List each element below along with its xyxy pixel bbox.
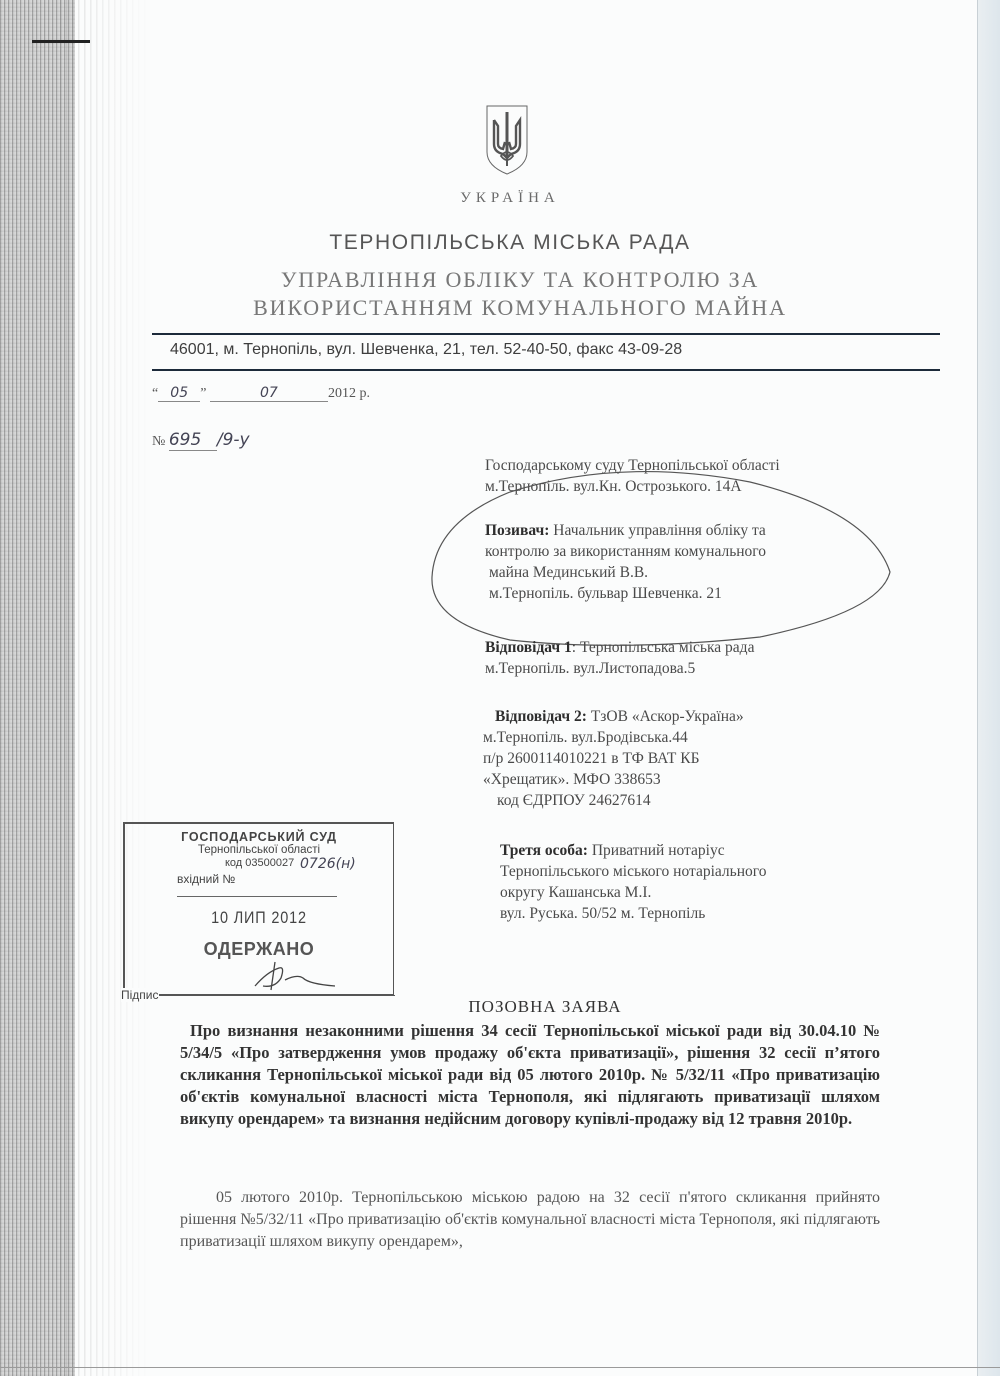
- party-third: Третя особа: Приватний нотаріус Тернопіл…: [500, 840, 766, 924]
- letterhead-address: 46001, м. Тернопіль, вул. Шевченка, 21, …: [170, 341, 930, 359]
- page-bottom-edge: [0, 1367, 1000, 1368]
- defendant2-label: Відповідач 2:: [495, 708, 587, 725]
- outgoing-day: 05: [158, 385, 200, 402]
- outgoing-number-value: 695: [169, 430, 217, 451]
- signature-icon: [245, 954, 345, 994]
- outgoing-number-suffix: /9-у: [217, 430, 250, 450]
- scan-artifact-mark: [32, 40, 90, 43]
- outgoing-number: № 695/9-у: [152, 430, 250, 451]
- document-body: 05 лютого 2010р. Тернопільською міською …: [180, 1187, 880, 1253]
- header-rule-top: [152, 333, 940, 335]
- third-party-label: Третя особа:: [500, 842, 588, 859]
- body-paragraph: 05 лютого 2010р. Тернопільською міською …: [180, 1187, 880, 1253]
- incoming-number: 0726(н): [300, 856, 356, 872]
- department-line-2: ВИКОРИСТАННЯМ КОМУНАЛЬНОГО МАЙНА: [240, 294, 800, 322]
- trident-coat-of-arms-icon: [485, 104, 529, 176]
- outgoing-month: 07: [210, 385, 328, 402]
- party-plaintiff: Позивач: Начальник управління обліку та …: [485, 520, 766, 604]
- stamp-date: 10 ЛИП 2012: [145, 908, 373, 928]
- council-name: ТЕРНОПІЛЬСЬКА МІСЬКА РАДА: [250, 231, 770, 255]
- country-name: УКРАЇНА: [0, 190, 1000, 207]
- outgoing-year: 2012 р.: [328, 386, 370, 401]
- document-title: ПОЗОВНА ЗАЯВА: [0, 997, 1000, 1017]
- department-line-1: УПРАВЛІННЯ ОБЛІКУ ТА КОНТРОЛЮ ЗА: [240, 266, 800, 294]
- header-rule-bottom: [152, 369, 940, 371]
- document-subject: Про визнання незаконними рішення 34 сесі…: [180, 1020, 880, 1130]
- court-received-stamp: ГОСПОДАРСЬКИЙ СУД Тернопільської області…: [123, 822, 394, 996]
- department-name: УПРАВЛІННЯ ОБЛІКУ ТА КОНТРОЛЮ ЗА ВИКОРИС…: [240, 266, 800, 322]
- party-defendant-2: Відповідач 2: ТзОВ «Аскор-Україна» м.Тер…: [483, 706, 744, 811]
- plaintiff-label: Позивач:: [485, 522, 549, 539]
- defendant1-label: Відповідач 1: [485, 639, 572, 656]
- outgoing-date: “05” 072012 р.: [152, 385, 370, 402]
- party-defendant-1: Відповідач 1: Тернопільська міська рада …: [485, 637, 754, 679]
